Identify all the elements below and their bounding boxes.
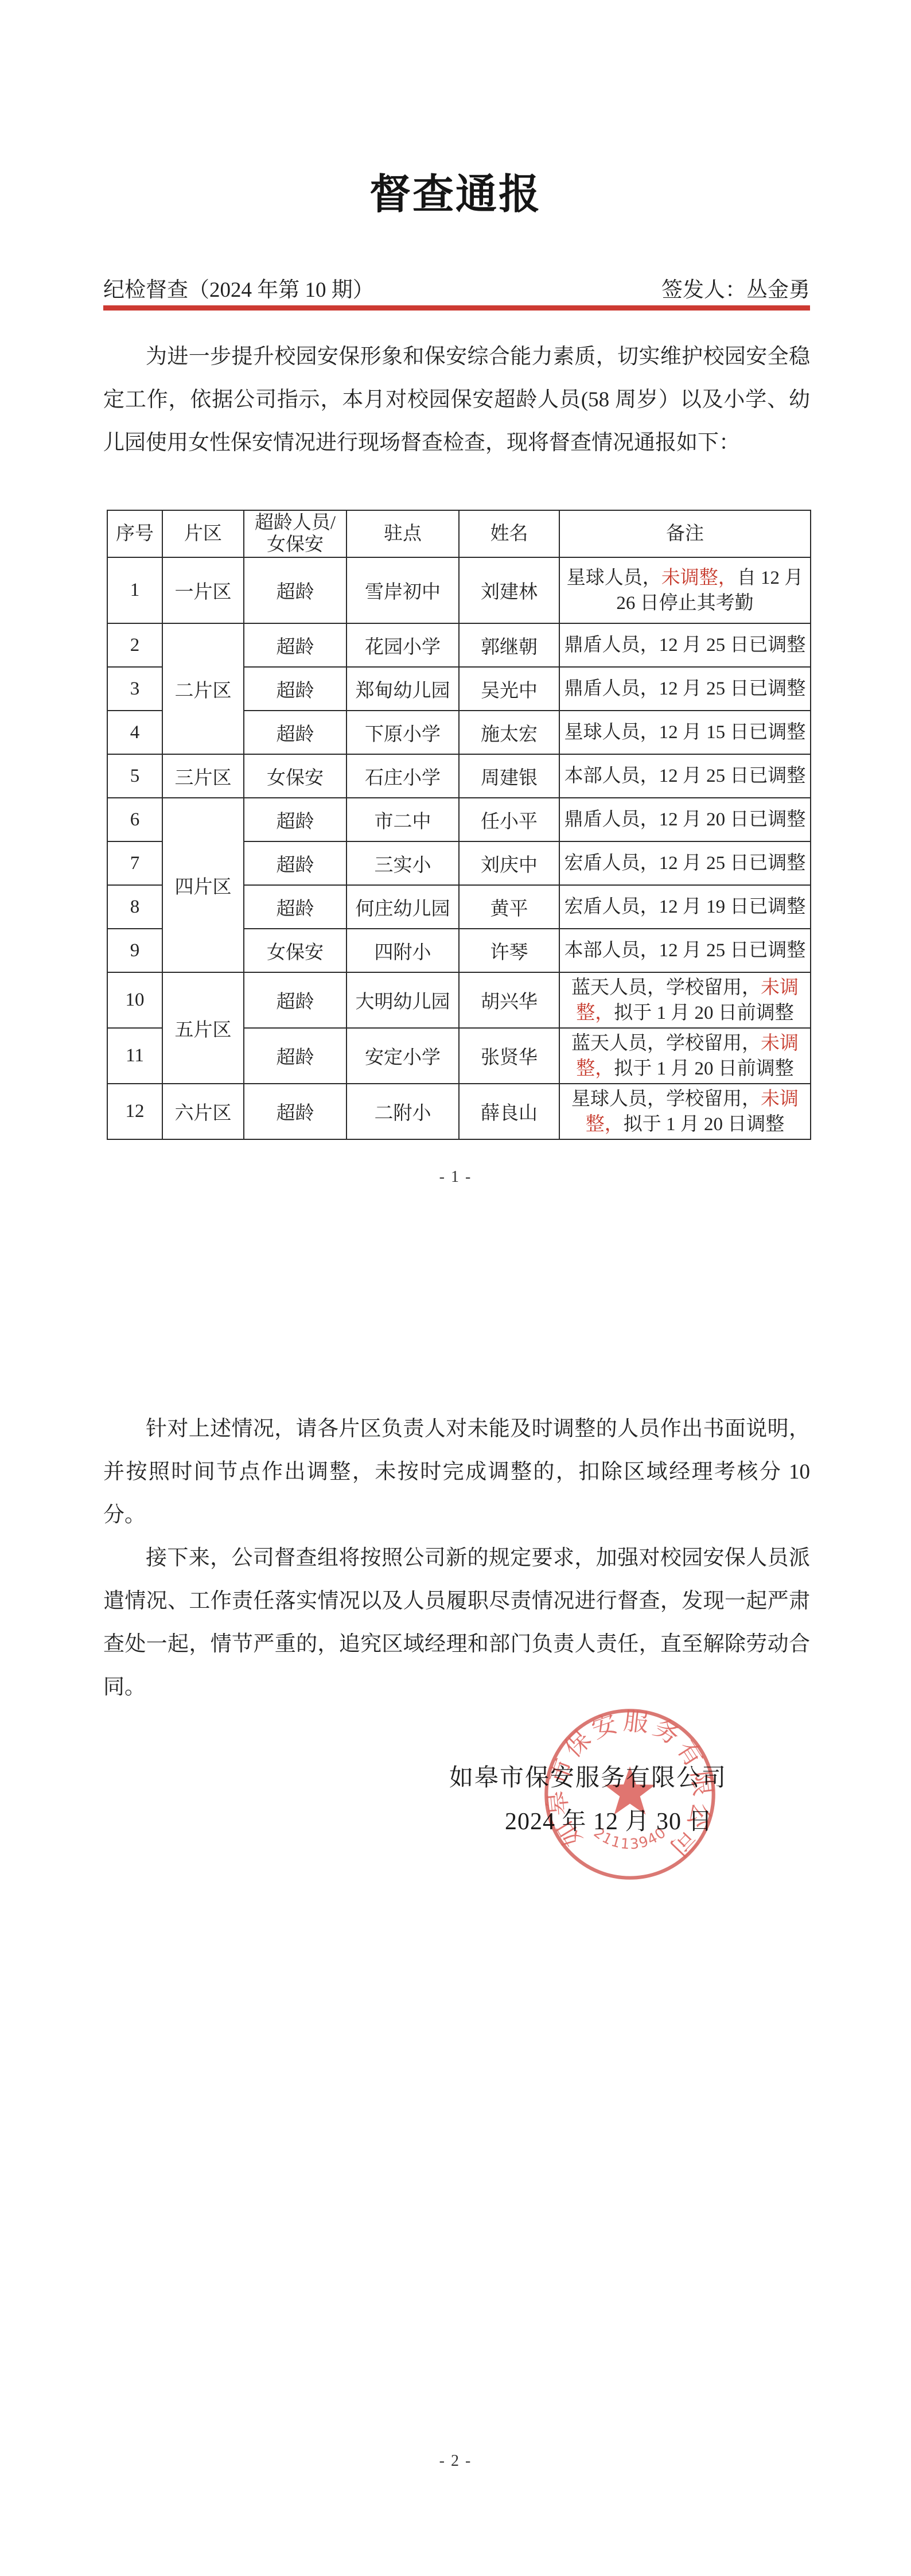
cell-site: 市二中 xyxy=(347,798,459,841)
page-1-number: - 1 - xyxy=(0,1168,911,1186)
document-title: 督查通报 xyxy=(0,161,911,220)
cell-type: 超龄 xyxy=(244,798,347,841)
table-row: 12六片区超龄二附小薛良山星球人员，学校留用，未调整，拟于 1 月 20 日调整 xyxy=(107,1084,811,1139)
cell-serial: 10 xyxy=(107,972,162,1028)
cell-name: 黄平 xyxy=(459,885,559,929)
cell-serial: 1 xyxy=(107,557,162,623)
header-name: 姓名 xyxy=(459,510,559,557)
cell-remark: 宏盾人员，12 月 25 日已调整 xyxy=(559,841,811,885)
cell-site: 石庄小学 xyxy=(347,754,459,798)
cell-area: 三片区 xyxy=(162,754,244,798)
cell-site: 花园小学 xyxy=(347,623,459,667)
cell-type: 超龄 xyxy=(244,1028,347,1084)
cell-name: 张贤华 xyxy=(459,1028,559,1084)
cell-type: 超龄 xyxy=(244,885,347,929)
company-seal-stamp-icon: 如皋市保安服务有限公司 21113940 xyxy=(541,1705,719,1883)
cell-name: 薛良山 xyxy=(459,1084,559,1139)
svg-text:21113940: 21113940 xyxy=(591,1824,670,1852)
accountability-paragraph: 针对上述情况，请各片区负责人对未能及时调整的人员作出书面说明，并按照时间节点作出… xyxy=(103,1407,810,1537)
cell-serial: 6 xyxy=(107,798,162,841)
cell-remark: 本部人员，12 月 25 日已调整 xyxy=(559,754,811,798)
table-header-row: 序号 片区 超龄人员/ 女保安 驻点 姓名 备注 xyxy=(107,510,811,557)
document-meta-row: 纪检督查（2024 年第 10 期） 签发人：丛金勇 xyxy=(103,272,810,303)
next-steps-paragraph: 接下来，公司督查组将按照公司新的规定要求，加强对校园安保人员派遣情况、工作责任落… xyxy=(103,1537,810,1709)
cell-remark: 星球人员，12 月 15 日已调整 xyxy=(559,711,811,754)
remark-text: 鼎盾人员，12 月 20 日已调整 xyxy=(564,809,806,830)
cell-type: 超龄 xyxy=(244,667,347,711)
cell-serial: 8 xyxy=(107,885,162,929)
remark-text: 星球人员，学校留用， xyxy=(571,1089,761,1109)
cell-serial: 11 xyxy=(107,1028,162,1084)
cell-type: 超龄 xyxy=(244,711,347,754)
cell-serial: 12 xyxy=(107,1084,162,1139)
cell-name: 刘庆中 xyxy=(459,841,559,885)
cell-name: 郭继朝 xyxy=(459,623,559,667)
remark-text: 本部人员，12 月 25 日已调整 xyxy=(564,940,806,961)
cell-name: 许琴 xyxy=(459,929,559,972)
cell-serial: 3 xyxy=(107,667,162,711)
remark-text: 星球人员， xyxy=(567,568,661,588)
cell-site: 下原小学 xyxy=(347,711,459,754)
cell-serial: 4 xyxy=(107,711,162,754)
cell-serial: 7 xyxy=(107,841,162,885)
scanned-document: 督查通报 纪检督查（2024 年第 10 期） 签发人：丛金勇 为进一步提升校园… xyxy=(0,0,911,2576)
cell-remark: 星球人员，学校留用，未调整，拟于 1 月 20 日调整 xyxy=(559,1084,811,1139)
cell-type: 超龄 xyxy=(244,972,347,1028)
cell-site: 二附小 xyxy=(347,1084,459,1139)
remark-text: 宏盾人员，12 月 25 日已调整 xyxy=(564,853,806,874)
cell-area: 五片区 xyxy=(162,972,244,1084)
cell-remark: 蓝天人员，学校留用，未调整，拟于 1 月 20 日前调整 xyxy=(559,1028,811,1084)
cell-remark: 鼎盾人员，12 月 25 日已调整 xyxy=(559,667,811,711)
red-divider-rule xyxy=(103,305,810,311)
cell-remark: 本部人员，12 月 25 日已调整 xyxy=(559,929,811,972)
cell-type: 女保安 xyxy=(244,929,347,972)
cell-name: 吴光中 xyxy=(459,667,559,711)
cell-type: 超龄 xyxy=(244,557,347,623)
header-remark: 备注 xyxy=(559,510,811,557)
table-row: 6四片区超龄市二中任小平鼎盾人员，12 月 20 日已调整 xyxy=(107,798,811,841)
cell-site: 雪岸初中 xyxy=(347,557,459,623)
cell-name: 任小平 xyxy=(459,798,559,841)
cell-type: 超龄 xyxy=(244,623,347,667)
cell-type: 超龄 xyxy=(244,841,347,885)
remark-text: 鼎盾人员，12 月 25 日已调整 xyxy=(564,635,806,655)
cell-site: 四附小 xyxy=(347,929,459,972)
cell-remark: 鼎盾人员，12 月 25 日已调整 xyxy=(559,623,811,667)
cell-remark: 蓝天人员，学校留用，未调整，拟于 1 月 20 日前调整 xyxy=(559,972,811,1028)
cell-type: 女保安 xyxy=(244,754,347,798)
remark-text: 宏盾人员，12 月 19 日已调整 xyxy=(564,897,806,917)
cell-site: 安定小学 xyxy=(347,1028,459,1084)
page-2-body: 针对上述情况，请各片区负责人对未能及时调整的人员作出书面说明，并按照时间节点作出… xyxy=(103,1407,810,1709)
header-serial: 序号 xyxy=(107,510,162,557)
cell-name: 刘建林 xyxy=(459,557,559,623)
signer-name: 丛金勇 xyxy=(746,278,810,302)
remark-text: 拟于 1 月 20 日前调整 xyxy=(614,1058,794,1079)
cell-serial: 2 xyxy=(107,623,162,667)
intro-paragraph: 为进一步提升校园安保形象和保安综合能力素质，切实维护校园安全稳定工作，依据公司指… xyxy=(103,335,810,464)
seal-star-icon xyxy=(605,1766,655,1814)
cell-remark: 宏盾人员，12 月 19 日已调整 xyxy=(559,885,811,929)
remark-text: 拟于 1 月 20 日前调整 xyxy=(614,1003,794,1023)
cell-site: 三实小 xyxy=(347,841,459,885)
table-row: 5三片区女保安石庄小学周建银本部人员，12 月 25 日已调整 xyxy=(107,754,811,798)
remark-text: 星球人员，12 月 15 日已调整 xyxy=(564,722,806,743)
header-area: 片区 xyxy=(162,510,244,557)
cell-area: 六片区 xyxy=(162,1084,244,1139)
cell-name: 施太宏 xyxy=(459,711,559,754)
remark-text: 蓝天人员，学校留用， xyxy=(571,1033,761,1054)
cell-remark: 鼎盾人员，12 月 20 日已调整 xyxy=(559,798,811,841)
cell-type: 超龄 xyxy=(244,1084,347,1139)
header-type: 超龄人员/ 女保安 xyxy=(244,510,347,557)
cell-remark: 星球人员，未调整，自 12 月 26 日停止其考勤 xyxy=(559,557,811,623)
cell-site: 大明幼儿园 xyxy=(347,972,459,1028)
inspection-table: 序号 片区 超龄人员/ 女保安 驻点 姓名 备注 1一片区超龄雪岸初中刘建林星球… xyxy=(107,510,811,1140)
table-row: 1一片区超龄雪岸初中刘建林星球人员，未调整，自 12 月 26 日停止其考勤 xyxy=(107,557,811,623)
signer-info: 签发人：丛金勇 xyxy=(661,272,810,303)
cell-name: 周建银 xyxy=(459,754,559,798)
table-body: 1一片区超龄雪岸初中刘建林星球人员，未调整，自 12 月 26 日停止其考勤2二… xyxy=(107,557,811,1139)
cell-name: 胡兴华 xyxy=(459,972,559,1028)
remark-text: 本部人员，12 月 25 日已调整 xyxy=(564,766,806,786)
cell-serial: 9 xyxy=(107,929,162,972)
remark-text: 拟于 1 月 20 日调整 xyxy=(624,1114,785,1135)
table-row: 10五片区超龄大明幼儿园胡兴华蓝天人员，学校留用，未调整，拟于 1 月 20 日… xyxy=(107,972,811,1028)
cell-area: 二片区 xyxy=(162,623,244,754)
remark-text: 蓝天人员，学校留用， xyxy=(571,977,761,998)
cell-site: 郑甸幼儿园 xyxy=(347,667,459,711)
remark-highlight: 未调整， xyxy=(661,568,737,588)
cell-area: 四片区 xyxy=(162,798,244,972)
remark-text: 鼎盾人员，12 月 25 日已调整 xyxy=(564,678,806,699)
page-2-number: - 2 - xyxy=(0,2452,911,2470)
cell-area: 一片区 xyxy=(162,557,244,623)
header-site: 驻点 xyxy=(347,510,459,557)
table-row: 2二片区超龄花园小学郭继朝鼎盾人员，12 月 25 日已调整 xyxy=(107,623,811,667)
cell-site: 何庄幼儿园 xyxy=(347,885,459,929)
issue-number: 纪检督查（2024 年第 10 期） xyxy=(103,272,374,303)
cell-serial: 5 xyxy=(107,754,162,798)
seal-number: 21113940 xyxy=(591,1824,670,1852)
signer-label: 签发人： xyxy=(661,278,746,302)
